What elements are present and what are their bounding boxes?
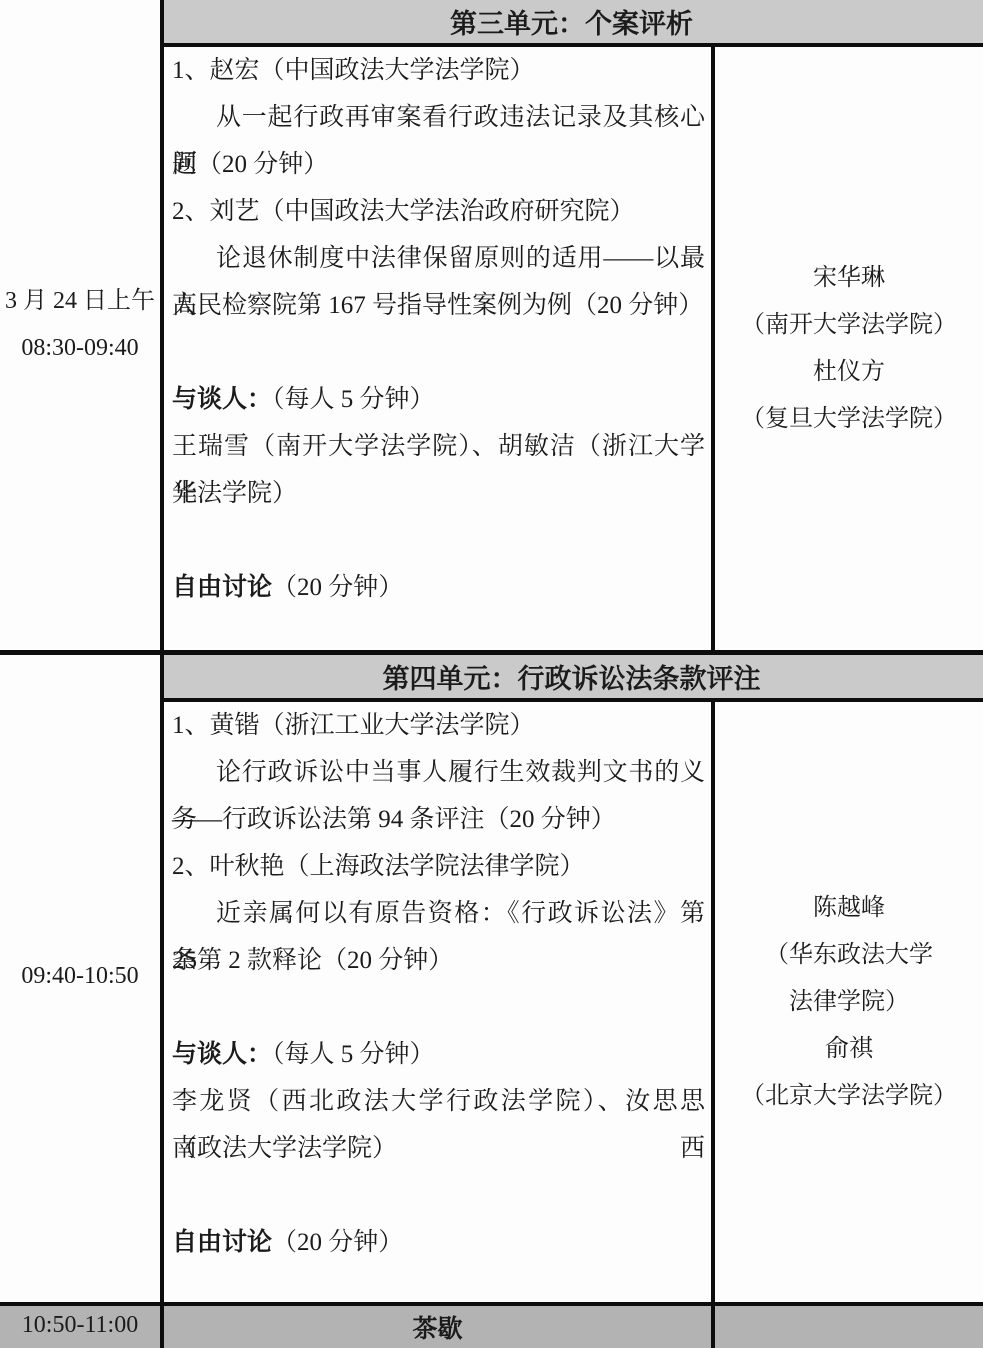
session3-moderators: 宋华琳 （南开大学法学院） 杜仪方 （复旦大学法学院） xyxy=(715,47,983,650)
moderator-line: （南开大学法学院） xyxy=(741,302,957,349)
moderator-line: 俞祺 xyxy=(825,1026,873,1073)
schedule-table: 3 月 24 日上午 08:30-09:40 09:40-10:50 10:50… xyxy=(0,0,983,1348)
agenda-line: 与谈人：（每人 5 分钟） xyxy=(172,376,705,423)
moderator-line: （复旦大学法学院） xyxy=(741,396,957,443)
agenda-line: 论行政诉讼中当事人履行生效裁判文书的义务 xyxy=(172,749,705,796)
agenda-line: 从一起行政再审案看行政违法记录及其核心问 xyxy=(172,94,705,141)
table-border-under-header3 xyxy=(160,43,983,47)
table-border-row-divider xyxy=(0,650,983,655)
moderator-line: 陈越峰 xyxy=(813,885,885,932)
agenda-line: 王瑞雪（南开大学法学院）、胡敏洁（浙江大学光 xyxy=(172,423,705,470)
agenda-line: 条第 2 款释论（20 分钟） xyxy=(172,937,705,984)
agenda-line: 1、黄锴（浙江工业大学法学院） xyxy=(172,702,705,749)
table-border-vertical-left xyxy=(160,0,164,1348)
table-border-vertical-right-lower xyxy=(711,698,715,1348)
session3-content: 1、赵宏（中国政法大学法学院） 从一起行政再审案看行政违法记录及其核心问 题（2… xyxy=(164,47,711,650)
time-cell-break: 10:50-11:00 xyxy=(0,1302,160,1348)
agenda-line: ——行政诉讼法第 94 条评注（20 分钟） xyxy=(172,796,705,843)
session3-date: 3 月 24 日上午 xyxy=(5,278,155,325)
agenda-line: 自由讨论（20 分钟） xyxy=(172,564,705,611)
session4-content: 1、黄锴（浙江工业大学法学院） 论行政诉讼中当事人履行生效裁判文书的义务 ——行… xyxy=(164,702,711,1302)
agenda-line: 2、刘艺（中国政法大学法治政府研究院） xyxy=(172,188,705,235)
table-border-above-break xyxy=(0,1302,983,1306)
time-cell-session4: 09:40-10:50 xyxy=(0,650,160,1302)
break-cell: 茶歇 xyxy=(164,1306,711,1348)
table-border-under-header4 xyxy=(160,698,983,702)
session3-header-title: 第三单元：个案评析 xyxy=(450,2,693,41)
session3-header: 第三单元：个案评析 xyxy=(160,0,983,43)
break-label: 茶歇 xyxy=(412,1309,462,1345)
session4-moderators: 陈越峰 （华东政法大学 法律学院） 俞祺 （北京大学法学院） xyxy=(715,702,983,1302)
moderator-line: 法律学院） xyxy=(789,979,909,1026)
agenda-line: 1、赵宏（中国政法大学法学院） xyxy=(172,47,705,94)
moderator-line: （北京大学法学院） xyxy=(741,1073,957,1120)
agenda-line: 华法学院） xyxy=(172,470,705,517)
agenda-line: 李龙贤（西北政法大学行政法学院）、汝思思（西 xyxy=(172,1078,705,1125)
break-cell-right xyxy=(715,1306,983,1348)
agenda-line: 2、叶秋艳（上海政法学院法律学院） xyxy=(172,843,705,890)
agenda-line: 人民检察院第 167 号指导性案例为例（20 分钟） xyxy=(172,282,705,329)
moderator-line: （华东政法大学 xyxy=(765,932,933,979)
session4-header-title: 第四单元：行政诉讼法条款评注 xyxy=(383,657,761,696)
agenda-line: 近亲属何以有原告资格：《行政诉讼法》第 25 xyxy=(172,890,705,937)
session4-time: 09:40-10:50 xyxy=(21,953,138,1000)
session3-time: 08:30-09:40 xyxy=(21,325,138,372)
time-cell-session3: 3 月 24 日上午 08:30-09:40 xyxy=(0,0,160,650)
break-time: 10:50-11:00 xyxy=(22,1302,138,1348)
agenda-line: 自由讨论（20 分钟） xyxy=(172,1219,705,1266)
moderator-line: 杜仪方 xyxy=(813,349,885,396)
session4-header: 第四单元：行政诉讼法条款评注 xyxy=(160,655,983,698)
agenda-line: 题（20 分钟） xyxy=(172,141,705,188)
moderator-line: 宋华琳 xyxy=(813,255,885,302)
agenda-line: 论退休制度中法律保留原则的适用——以最高 xyxy=(172,235,705,282)
table-border-vertical-right-upper xyxy=(711,43,715,652)
agenda-line: 与谈人：（每人 5 分钟） xyxy=(172,1031,705,1078)
